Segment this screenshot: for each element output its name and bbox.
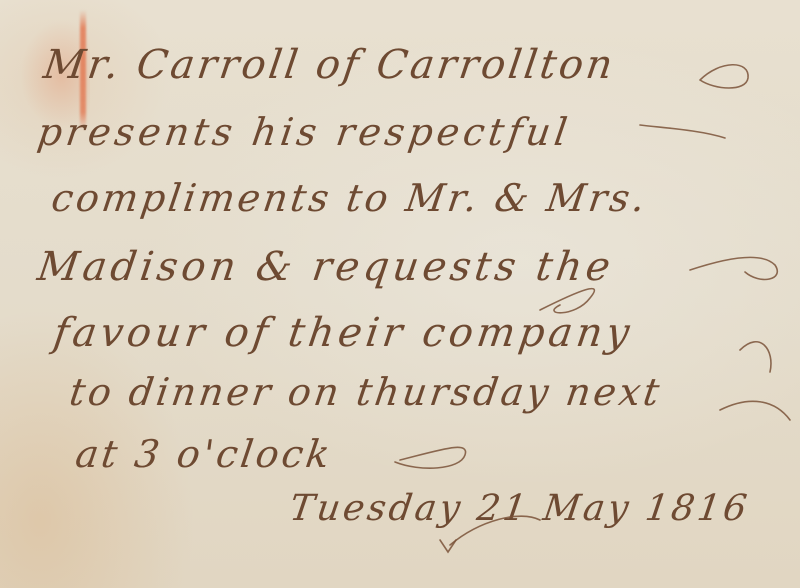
letter-line-4: Madison & requests the	[35, 244, 617, 290]
letter-line-7: at 3 o'clock	[73, 432, 335, 476]
letter-line-1: Mr. Carroll of Carrollton	[41, 42, 619, 88]
letter-line-3: compliments to Mr. & Mrs.	[49, 176, 651, 220]
date-line: Tuesday 21 May 1816	[287, 488, 752, 529]
letter-line-6: to dinner on thursday next	[67, 370, 665, 414]
letter-line-2: presents his respectful	[35, 110, 574, 154]
letter-line-5: favour of their company	[51, 310, 636, 356]
